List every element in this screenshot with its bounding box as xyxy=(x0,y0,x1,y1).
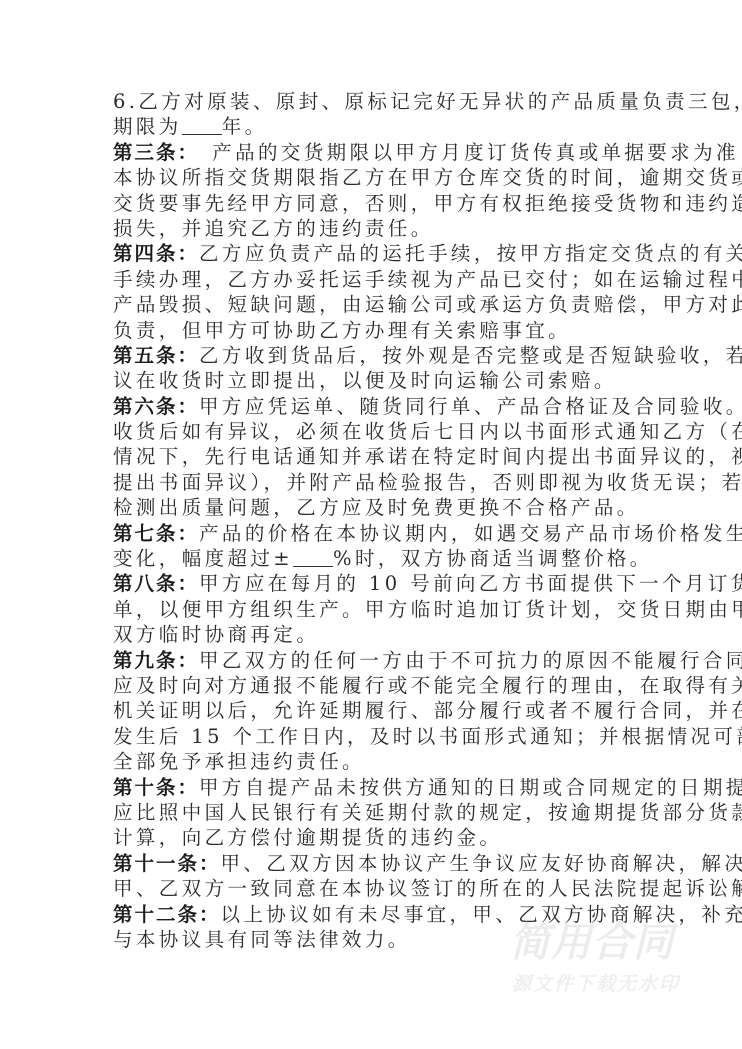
text-line: 第五条：乙方收到货品后，按外观是否完整或是否短缺验收，若有异 xyxy=(113,343,633,368)
line-segment: 年。 xyxy=(222,115,268,138)
line-text: 产品的交货期限以甲方月度订货传真或单据要求为准 ， xyxy=(189,141,742,164)
clause-article-9: 第九条：甲乙双方的任何一方由于不可抗力的原因不能履行合同时，应及时向对方通报不能… xyxy=(113,648,633,775)
text-line: 6.乙方对原装、原封、原标记完好无异状的产品质量负责三包，三包 xyxy=(113,89,633,114)
text-line: 负责，但甲方可协助乙方办理有关索赔事宜。 xyxy=(113,318,633,343)
clause-heading: 第十条： xyxy=(113,776,199,799)
line-text: 单，以便甲方组织生产。甲方临时追加订货计划，交货日期由甲、乙 xyxy=(113,598,742,621)
clause-article-8: 第八条：甲方应在每月的 10 号前向乙方书面提供下一个月订货计划单，以便甲方组织… xyxy=(113,571,633,647)
text-line: 第八条：甲方应在每月的 10 号前向乙方书面提供下一个月订货计划 xyxy=(113,571,633,596)
line-text: 发生后 15 个工作日内，及时以书面形式通知；并根据情况可部分或 xyxy=(113,725,742,748)
text-line: 应比照中国人民银行有关延期付款的规定，按逾期提货部分货款总值 xyxy=(113,800,633,825)
line-text: 计算，向乙方偿付逾期提货的违约金。 xyxy=(113,826,502,849)
text-line: 第四条：乙方应负责产品的运托手续，按甲方指定交货点的有关托运 xyxy=(113,241,633,266)
line-text: 甲方自提产品未按供方通知的日期或合同规定的日期提货的， xyxy=(199,776,742,799)
line-text: 应及时向对方通报不能履行或不能完全履行的理由，在取得有关主管 xyxy=(113,674,742,697)
clause-heading: 第六条： xyxy=(113,395,199,418)
line-text: 负责，但甲方可协助乙方办理有关索赔事宜。 xyxy=(113,319,571,342)
clause-heading: 第十二条： xyxy=(113,903,221,926)
text-line: 交货要事先经甲方同意，否则，甲方有权拒绝接受货物和违约造成的 xyxy=(113,191,633,216)
text-line: 机关证明以后，允许延期履行、部分履行或者不履行合同，并在事件 xyxy=(113,698,633,723)
clause-article-5: 第五条：乙方收到货品后，按外观是否完整或是否短缺验收，若有异议在收货时立即提出，… xyxy=(113,343,633,394)
clause-article-10: 第十条：甲方自提产品未按供方通知的日期或合同规定的日期提货的，应比照中国人民银行… xyxy=(113,775,633,851)
line-text: 甲方应在每月的 10 号前向乙方书面提供下一个月订货计划 xyxy=(199,572,742,595)
document-page: 6.乙方对原装、原封、原标记完好无异状的产品质量负责三包，三包期限为年。第三条：… xyxy=(113,89,633,952)
line-text: 交货要事先经甲方同意，否则，甲方有权拒绝接受货物和违约造成的 xyxy=(113,192,742,215)
text-line: 全部免予承担违约责任。 xyxy=(113,749,633,774)
text-line: 甲、乙双方一致同意在本协议签订的所在的人民法院提起诉讼解决。 xyxy=(113,876,633,901)
line-segment: 变化，幅度超过± xyxy=(113,547,293,570)
text-line: 第九条：甲乙双方的任何一方由于不可抗力的原因不能履行合同时， xyxy=(113,648,633,673)
line-text: 产品的价格在本协议期内，如遇交易产品市场价格发生较大 xyxy=(199,522,742,545)
line-text: 情况下，先行电话通知并承诺在特定时间内提出书面异议的，视为已 xyxy=(113,445,742,468)
text-line: 发生后 15 个工作日内，及时以书面形式通知；并根据情况可部分或 xyxy=(113,724,633,749)
text-line: 产品毁损、短缺问题，由运输公司或承运方负责赔偿，甲方对此概不 xyxy=(113,292,633,317)
text-line: 期限为年。 xyxy=(113,114,633,139)
clause-heading: 第九条： xyxy=(113,649,199,672)
line-text: 收货后如有异议，必须在收货后七日内以书面形式通知乙方（在紧急 xyxy=(113,420,742,443)
text-line: 第十条：甲方自提产品未按供方通知的日期或合同规定的日期提货的， xyxy=(113,775,633,800)
line-text: 双方临时协商再定。 xyxy=(113,623,319,646)
clause-heading: 第四条： xyxy=(113,242,199,265)
text-line: 提出书面异议），并附产品检验报告，否则即视为收货无误；若产品 xyxy=(113,470,633,495)
clause-article-7: 第七条：产品的价格在本协议期内，如遇交易产品市场价格发生较大变化，幅度超过±%时… xyxy=(113,521,633,572)
line-text: 甲乙双方的任何一方由于不可抗力的原因不能履行合同时， xyxy=(199,649,742,672)
watermark-brand: 简用合同 xyxy=(510,920,690,966)
clause-article-3: 第三条： 产品的交货期限以甲方月度订货传真或单据要求为准 ，本协议所指交货期限指… xyxy=(113,140,633,242)
text-line: 双方临时协商再定。 xyxy=(113,622,633,647)
line-text: 提出书面异议），并附产品检验报告，否则即视为收货无误；若产品 xyxy=(113,471,742,494)
line-text: 本协议所指交货期限指乙方在甲方仓库交货的时间，逾期交货或提前 xyxy=(113,166,742,189)
line-text: 与本协议具有同等法律效力。 xyxy=(113,928,411,951)
line-text: 检测出质量问题，乙方应及时免费更换不合格产品。 xyxy=(113,496,640,519)
clause-article-4: 第四条：乙方应负责产品的运托手续，按甲方指定交货点的有关托运手续办理，乙方办妥托… xyxy=(113,241,633,343)
line-segment: %时，双方协商适当调整价格。 xyxy=(333,547,653,570)
text-line: 损失，并追究乙方的违约责任。 xyxy=(113,216,633,241)
watermark-tagline: 源文件下载无水印 xyxy=(512,972,692,996)
line-text: 机关证明以后，允许延期履行、部分履行或者不履行合同，并在事件 xyxy=(113,699,742,722)
text-line: 第六条：甲方应凭运单、随货同行单、产品合格证及合同验收。甲方 xyxy=(113,394,633,419)
line-text: 甲方应凭运单、随货同行单、产品合格证及合同验收。甲方 xyxy=(199,395,742,418)
text-line: 第三条： 产品的交货期限以甲方月度订货传真或单据要求为准 ， xyxy=(113,140,633,165)
text-line: 本协议所指交货期限指乙方在甲方仓库交货的时间，逾期交货或提前 xyxy=(113,165,633,190)
text-line: 应及时向对方通报不能履行或不能完全履行的理由，在取得有关主管 xyxy=(113,673,633,698)
line-text: 应比照中国人民银行有关延期付款的规定，按逾期提货部分货款总值 xyxy=(113,801,742,824)
line-text: 甲、乙双方一致同意在本协议签订的所在的人民法院提起诉讼解决。 xyxy=(113,877,742,900)
document-body: 6.乙方对原装、原封、原标记完好无异状的产品质量负责三包，三包期限为年。第三条：… xyxy=(113,89,633,952)
line-segment: 期限为 xyxy=(113,115,182,138)
line-text: 议在收货时立即提出，以便及时向运输公司索赔。 xyxy=(113,369,617,392)
line-text: 乙方应负责产品的运托手续，按甲方指定交货点的有关托运 xyxy=(199,242,742,265)
clause-heading: 第三条： xyxy=(113,141,189,164)
fill-in-blank xyxy=(293,548,333,567)
text-line: 第七条：产品的价格在本协议期内，如遇交易产品市场价格发生较大 xyxy=(113,521,633,546)
text-line: 计算，向乙方偿付逾期提货的违约金。 xyxy=(113,825,633,850)
line-text: 损失，并追究乙方的违约责任。 xyxy=(113,217,434,240)
text-line: 议在收货时立即提出，以便及时向运输公司索赔。 xyxy=(113,368,633,393)
line-text: 甲、乙双方因本协议产生争议应友好协商解决，解决不妥 xyxy=(221,852,742,875)
clause-heading: 第七条： xyxy=(113,522,199,545)
text-line: 变化，幅度超过±%时，双方协商适当调整价格。 xyxy=(113,546,633,571)
line-text: 6.乙方对原装、原封、原标记完好无异状的产品质量负责三包，三包 xyxy=(113,90,742,113)
line-text: 手续办理，乙方办妥托运手续视为产品已交付；如在运输过程中出现 xyxy=(113,268,742,291)
line-text: 产品毁损、短缺问题，由运输公司或承运方负责赔偿，甲方对此概不 xyxy=(113,293,742,316)
clause-heading: 第八条： xyxy=(113,572,199,595)
line-text: 乙方收到货品后，按外观是否完整或是否短缺验收，若有异 xyxy=(199,344,742,367)
text-line: 收货后如有异议，必须在收货后七日内以书面形式通知乙方（在紧急 xyxy=(113,419,633,444)
clause-article-6: 第六条：甲方应凭运单、随货同行单、产品合格证及合同验收。甲方收货后如有异议，必须… xyxy=(113,394,633,521)
clause-article-11: 第十一条：甲、乙双方因本协议产生争议应友好协商解决，解决不妥甲、乙双方一致同意在… xyxy=(113,851,633,902)
clause-heading: 第五条： xyxy=(113,344,199,367)
text-line: 情况下，先行电话通知并承诺在特定时间内提出书面异议的，视为已 xyxy=(113,444,633,469)
clause-item-6: 6.乙方对原装、原封、原标记完好无异状的产品质量负责三包，三包期限为年。 xyxy=(113,89,633,140)
clause-heading: 第十一条： xyxy=(113,852,221,875)
fill-in-blank xyxy=(182,116,222,135)
text-line: 手续办理，乙方办妥托运手续视为产品已交付；如在运输过程中出现 xyxy=(113,267,633,292)
text-line: 第十一条：甲、乙双方因本协议产生争议应友好协商解决，解决不妥 xyxy=(113,851,633,876)
text-line: 单，以便甲方组织生产。甲方临时追加订货计划，交货日期由甲、乙 xyxy=(113,597,633,622)
line-text: 全部免予承担违约责任。 xyxy=(113,750,365,773)
text-line: 检测出质量问题，乙方应及时免费更换不合格产品。 xyxy=(113,495,633,520)
